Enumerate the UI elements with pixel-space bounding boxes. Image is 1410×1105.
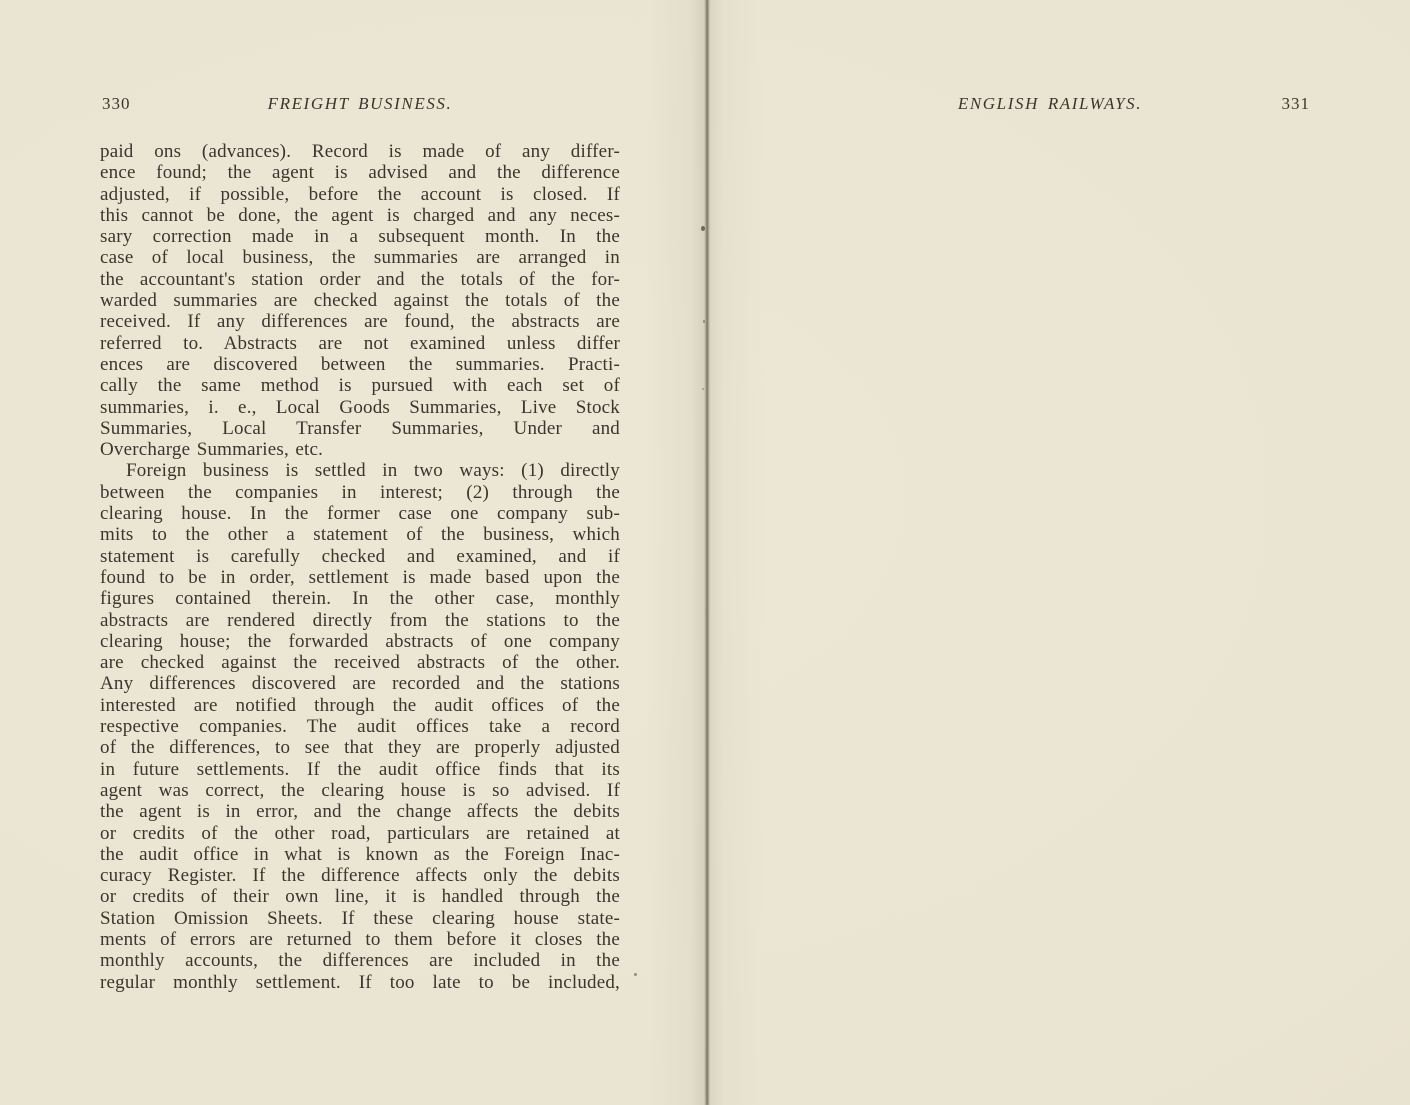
text-line: of the differences, to see that they are… — [100, 737, 620, 758]
text-line: case of local business, the summaries ar… — [100, 247, 620, 268]
text-line: referred to. Abstracts are not examined … — [100, 333, 620, 354]
text-line: the accountant's station order and the t… — [100, 269, 620, 290]
text-line: Overcharge Summaries, etc. — [100, 439, 620, 460]
right-running-title: ENGLISH RAILWAYS. — [790, 93, 1310, 115]
text-line: the agent is in error, and the change af… — [100, 801, 620, 822]
text-line: statement is carefully checked and exami… — [100, 546, 620, 567]
text-line: or credits of their own line, it is hand… — [100, 886, 620, 907]
text-line: adjusted, if possible, before the accoun… — [100, 184, 620, 205]
right-running-head: ENGLISH RAILWAYS. 331 — [790, 93, 1310, 115]
text-line: received. If any differences are found, … — [100, 311, 620, 332]
paragraph: paid ons (advances). Record is made of a… — [100, 141, 620, 460]
text-line: Summaries, Local Transfer Summaries, Und… — [100, 418, 620, 439]
text-line: ence found; the agent is advised and the… — [100, 162, 620, 183]
text-line: monthly accounts, the differences are in… — [100, 950, 620, 971]
text-line: clearing house; the forwarded abstracts … — [100, 631, 620, 652]
text-line: sary correction made in a subsequent mon… — [100, 226, 620, 247]
text-line: figures contained therein. In the other … — [100, 588, 620, 609]
text-line: cally the same method is pursued with ea… — [100, 375, 620, 396]
text-line: found to be in order, settlement is made… — [100, 567, 620, 588]
text-line: Any differences discovered are recorded … — [100, 673, 620, 694]
text-line: warded summaries are checked against the… — [100, 290, 620, 311]
left-page-text: paid ons (advances). Record is made of a… — [100, 141, 620, 993]
text-line: between the companies in interest; (2) t… — [100, 482, 620, 503]
text-line: Foreign business is settled in two ways:… — [100, 460, 620, 481]
text-line: regular monthly settlement. If too late … — [100, 972, 620, 993]
text-line: mits to the other a statement of the bus… — [100, 524, 620, 545]
left-running-head: 330 FREIGHT BUSINESS. — [100, 93, 620, 115]
text-line: agent was correct, the clearing house is… — [100, 780, 620, 801]
book-spread: 330 FREIGHT BUSINESS. paid ons (advances… — [0, 0, 1410, 1105]
paragraph: Foreign business is settled in two ways:… — [100, 460, 620, 992]
text-line: abstracts are rendered directly from the… — [100, 610, 620, 631]
text-line: are checked against the received abstrac… — [100, 652, 620, 673]
left-page-number: 330 — [102, 93, 131, 115]
text-line: the audit office in what is known as the… — [100, 844, 620, 865]
text-line: this cannot be done, the agent is charge… — [100, 205, 620, 226]
left-running-title: FREIGHT BUSINESS. — [100, 93, 620, 115]
left-page: 330 FREIGHT BUSINESS. paid ons (advances… — [0, 0, 705, 1105]
text-line: Station Omission Sheets. If these cleari… — [100, 908, 620, 929]
text-line: ments of errors are returned to them bef… — [100, 929, 620, 950]
right-page: ENGLISH RAILWAYS. 331 in this manner, th… — [705, 0, 1410, 1105]
text-line: ences are discovered between the summari… — [100, 354, 620, 375]
text-line: or credits of the other road, particular… — [100, 823, 620, 844]
text-line: respective companies. The audit offices … — [100, 716, 620, 737]
right-page-number: 331 — [1282, 93, 1311, 115]
text-line: in future settlements. If the audit offi… — [100, 759, 620, 780]
text-line: summaries, i. e., Local Goods Summaries,… — [100, 397, 620, 418]
text-line: interested are notified through the audi… — [100, 695, 620, 716]
text-line: curacy Register. If the difference affec… — [100, 865, 620, 886]
text-line: paid ons (advances). Record is made of a… — [100, 141, 620, 162]
text-line: clearing house. In the former case one c… — [100, 503, 620, 524]
